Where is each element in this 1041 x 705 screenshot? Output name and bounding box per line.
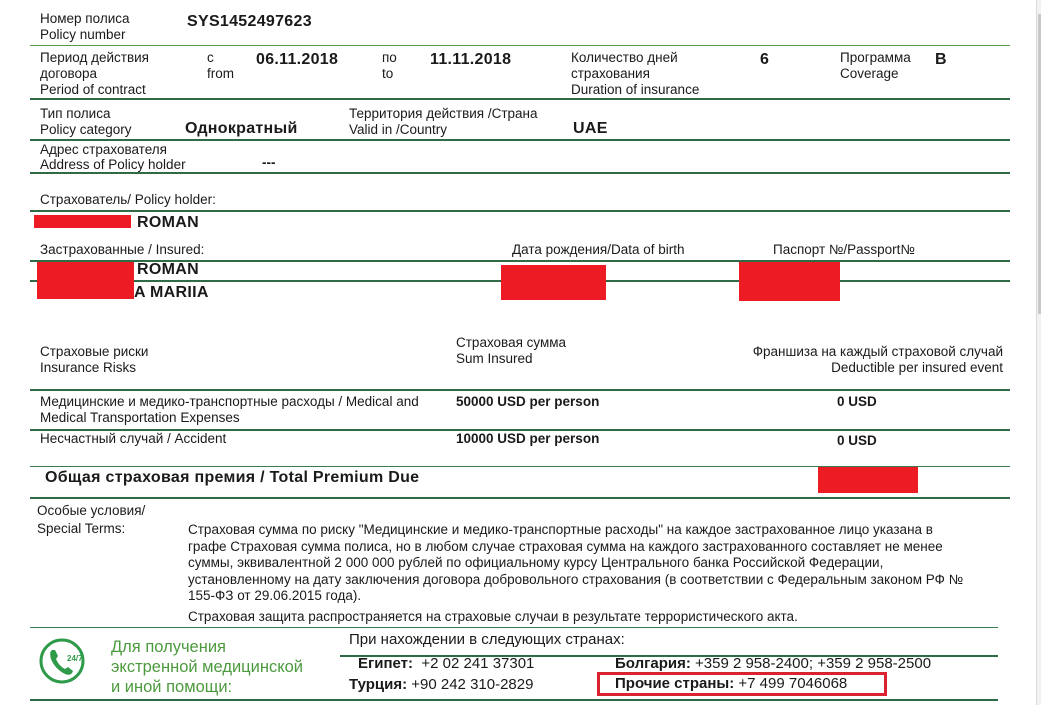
contact-country: Болгария: — [615, 655, 691, 672]
address-label-ru: Адрес страхователя — [40, 142, 167, 158]
contact-phone: +359 2 958-2400; +359 2 958-2500 — [695, 655, 931, 672]
contact-phone: +2 02 241 37301 — [421, 655, 534, 672]
program-label-en: Coverage — [840, 66, 899, 82]
policy-number-label-en: Policy number — [40, 27, 126, 43]
risk-row-2-line1: Несчастный случай / Accident — [40, 431, 226, 447]
duration-label-en: Duration of insurance — [571, 82, 699, 98]
holder-label: Страхователь/ Policy holder: — [40, 192, 216, 208]
contact-phone: +90 242 310-2829 — [411, 676, 533, 693]
special-terms-label-en: Special Terms: — [37, 521, 125, 537]
vertical-scrollbar[interactable] — [1036, 0, 1041, 705]
period-label-ru-2: договора — [40, 66, 97, 82]
divider — [30, 497, 1010, 499]
territory-label-en: Valid in /Country — [349, 122, 447, 138]
divider — [30, 45, 1010, 46]
divider — [30, 699, 998, 701]
deductible-header-en: Deductible per insured event — [831, 360, 1003, 376]
duration-label-ru-2: страхования — [571, 66, 650, 82]
divider — [30, 389, 1010, 391]
special-terms-paragraph-1: Страховая сумма по риску "Медицинские и … — [188, 522, 1008, 605]
period-label-en: Period of contract — [40, 82, 146, 98]
terms-line: Страховая сумма по риску "Медицинские и … — [188, 522, 1008, 539]
redaction-premium-amount — [818, 467, 918, 493]
contact-turkey: Турция: +90 242 310-2829 — [349, 677, 533, 693]
contact-country: Турция: — [349, 676, 407, 693]
to-date: 11.11.2018 — [430, 52, 511, 68]
contact-egypt: Египет: +2 02 241 37301 — [358, 656, 534, 672]
category-label-ru: Тип полиса — [40, 106, 110, 122]
to-label-en: to — [382, 66, 393, 82]
svg-text:24/7: 24/7 — [67, 654, 83, 663]
terms-line: графе Страховая сумма полиса, но в любом… — [188, 539, 1008, 556]
dob-label: Дата рождения/Data of birth — [512, 242, 685, 258]
insured-name-2: A MARIIA — [134, 285, 209, 301]
redaction-passport — [739, 262, 840, 301]
special-terms-paragraph-2: Страховая защита распространяется на стр… — [188, 609, 1008, 626]
period-label-ru-1: Период действия — [40, 50, 149, 66]
highlight-annotation-box — [597, 672, 887, 696]
divider — [30, 139, 1010, 141]
duration-days: 6 — [760, 52, 769, 68]
risk-row-2-sum: 10000 USD per person — [456, 431, 599, 447]
redaction-holder-surname — [34, 215, 131, 228]
deductible-header-ru: Франшиза на каждый страховой случай — [753, 344, 1003, 360]
assistance-title-line-3: и иной помощи: — [111, 677, 232, 697]
divider — [30, 210, 1010, 212]
risk-row-1-sum: 50000 USD per person — [456, 394, 599, 410]
duration-label-ru-1: Количество дней — [571, 50, 678, 66]
address-value: --- — [262, 155, 276, 171]
premium-label: Общая страховая премия / Total Premium D… — [45, 470, 419, 486]
address-label-en: Address of Policy holder — [40, 157, 186, 173]
assistance-title-line-2: экстренной медицинской — [111, 657, 303, 677]
insured-label: Застрахованные / Insured: — [40, 242, 204, 258]
countries-header: При нахождении в следующих странах: — [349, 632, 625, 648]
sum-header-ru: Страховая сумма — [456, 335, 566, 351]
phone-24-7-icon: 24/7 — [38, 637, 86, 685]
terms-line: установленному на дату заключения догово… — [188, 572, 1008, 589]
from-label-ru: с — [207, 50, 214, 66]
redaction-dob — [501, 265, 606, 300]
policy-number: SYS1452497623 — [187, 14, 312, 30]
assistance-title-line-1: Для получения — [111, 637, 226, 657]
contact-country: Египет: — [358, 655, 413, 672]
insured-name-1: ROMAN — [137, 262, 199, 278]
territory-value: UAE — [573, 121, 608, 137]
territory-label-ru: Территория действия /Страна — [349, 106, 538, 122]
program-label-ru: Программа — [840, 50, 911, 66]
redaction-insured-surnames — [37, 262, 134, 299]
risk-row-1-line2: Medical Transportation Expenses — [40, 410, 240, 426]
risk-row-1-line1: Медицинские и медико-транспортные расход… — [40, 394, 419, 410]
risk-row-2-deductible: 0 USD — [837, 433, 877, 449]
from-date: 06.11.2018 — [256, 52, 338, 68]
sum-header-en: Sum Insured — [456, 351, 533, 367]
terms-line: 155-ФЗ от 29.06.2015 года). — [188, 588, 1008, 605]
special-terms-text: Страховая сумма по риску "Медицинские и … — [188, 522, 1008, 629]
policy-number-label-ru: Номер полиса — [40, 11, 130, 27]
from-label-en: from — [207, 66, 234, 82]
contact-bulgaria: Болгария: +359 2 958-2400; +359 2 958-25… — [615, 656, 931, 672]
special-terms-label-ru: Особые условия/ — [37, 503, 145, 519]
category-value: Однократный — [185, 121, 298, 137]
risk-row-1-deductible: 0 USD — [837, 394, 877, 410]
divider — [30, 98, 1010, 100]
holder-name: ROMAN — [137, 215, 199, 231]
risks-header-ru: Страховые риски — [40, 344, 148, 360]
program-value: B — [935, 52, 947, 68]
to-label-ru: по — [382, 50, 397, 66]
category-label-en: Policy category — [40, 122, 132, 138]
terms-line: суммы, эквивалентной 2 000 000 рублей по… — [188, 555, 1008, 572]
risks-header-en: Insurance Risks — [40, 360, 136, 376]
passport-label: Паспорт №/Passport№ — [773, 242, 915, 258]
